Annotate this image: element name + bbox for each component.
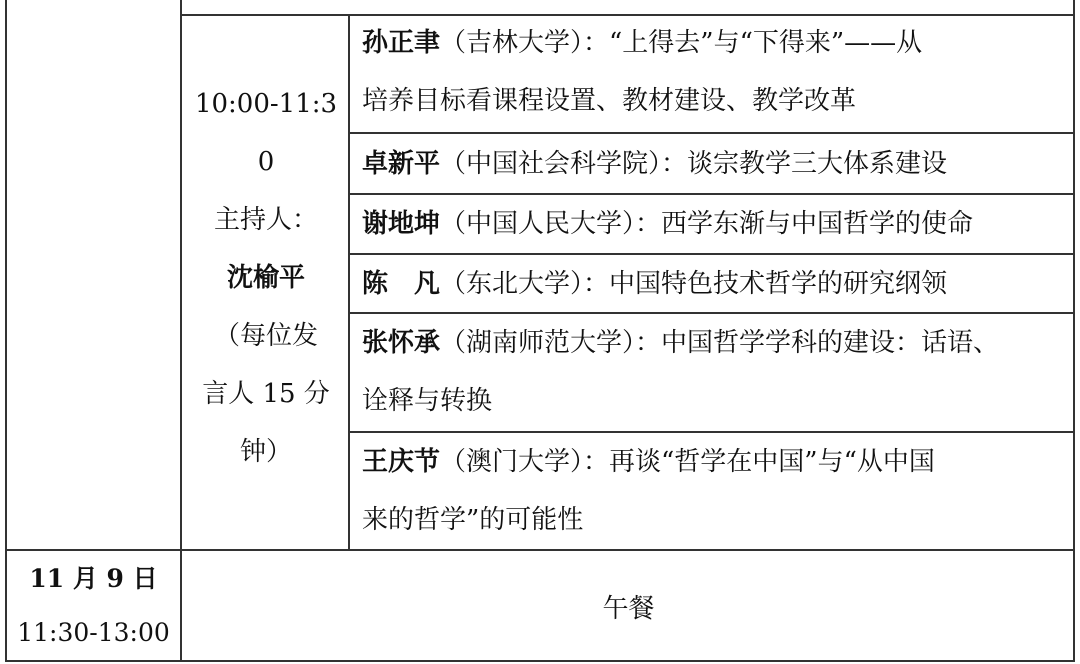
- table-bottom-border: [5, 660, 1075, 662]
- speaker-name: 陈 凡: [362, 269, 440, 299]
- row-divider-lunch: [5, 549, 1075, 551]
- speaker-name: 孙正聿: [362, 28, 440, 58]
- talk-title: （中国社会科学院）：谈宗教学三大体系建设: [440, 149, 947, 179]
- talk-title-cont: 来的哲学”的可能性: [362, 491, 1068, 549]
- lunch-label: 午餐: [602, 588, 654, 625]
- talk-item: 卓新平（中国社会科学院）：谈宗教学三大体系建设: [362, 135, 1068, 193]
- speaking-time-note-1: （每位发: [183, 307, 349, 365]
- talk-item: 孙正聿（吉林大学）：“上得去”与“下得来”——从 培养目标看课程设置、教材建设、…: [362, 14, 1068, 130]
- session-time-host-cell: 10:00-11:3 0 主持人： 沈榆平 （每位发 言人 15 分 钟）: [183, 75, 349, 481]
- talk-item: 张怀承（湖南师范大学）：中国哲学学科的建设：话语、 诠释与转换: [362, 314, 1068, 430]
- lunch-cell: 午餐: [183, 552, 1074, 660]
- talk-item: 王庆节（澳门大学）：再谈“哲学在中国”与“从中国 来的哲学”的可能性: [362, 433, 1068, 549]
- lunch-date: 11 月 9 日: [6, 552, 181, 606]
- speaker-name: 卓新平: [362, 149, 440, 179]
- session-time-part2: 0: [183, 133, 349, 191]
- session-time-part1: 10:00-11:3: [183, 75, 349, 133]
- speaker-name: 张怀承: [362, 328, 440, 358]
- talk-title: （湖南师范大学）：中国哲学学科的建设：话语、: [440, 328, 999, 358]
- talk-title-cont: 培养目标看课程设置、教材建设、教学改革: [362, 72, 1068, 130]
- speaker-name: 谢地坤: [362, 209, 440, 239]
- speaker-name: 王庆节: [362, 447, 440, 477]
- speaking-time-note-3: 钟）: [183, 423, 349, 481]
- talk-item: 谢地坤（中国人民大学）：西学东渐与中国哲学的使命: [362, 195, 1068, 253]
- talk-title: （澳门大学）：再谈“哲学在中国”与“从中国: [440, 447, 935, 477]
- talk-title: （东北大学）：中国特色技术哲学的研究纲领: [440, 269, 947, 299]
- talk-title: （中国人民大学）：西学东渐与中国哲学的使命: [440, 209, 973, 239]
- lunch-date-time-cell: 11 月 9 日 11:30-13:00: [6, 552, 181, 660]
- host-label: 主持人：: [183, 191, 349, 249]
- lunch-time: 11:30-13:00: [6, 606, 181, 660]
- row-divider-1: [348, 132, 1075, 134]
- speaking-time-note-2: 言人 15 分: [183, 365, 349, 423]
- host-name: 沈榆平: [183, 249, 349, 307]
- talk-title: （吉林大学）：“上得去”与“下得来”——从: [440, 28, 922, 58]
- talk-item: 陈 凡（东北大学）：中国特色技术哲学的研究纲领: [362, 255, 1068, 313]
- talk-title-cont: 诠释与转换: [362, 372, 1068, 430]
